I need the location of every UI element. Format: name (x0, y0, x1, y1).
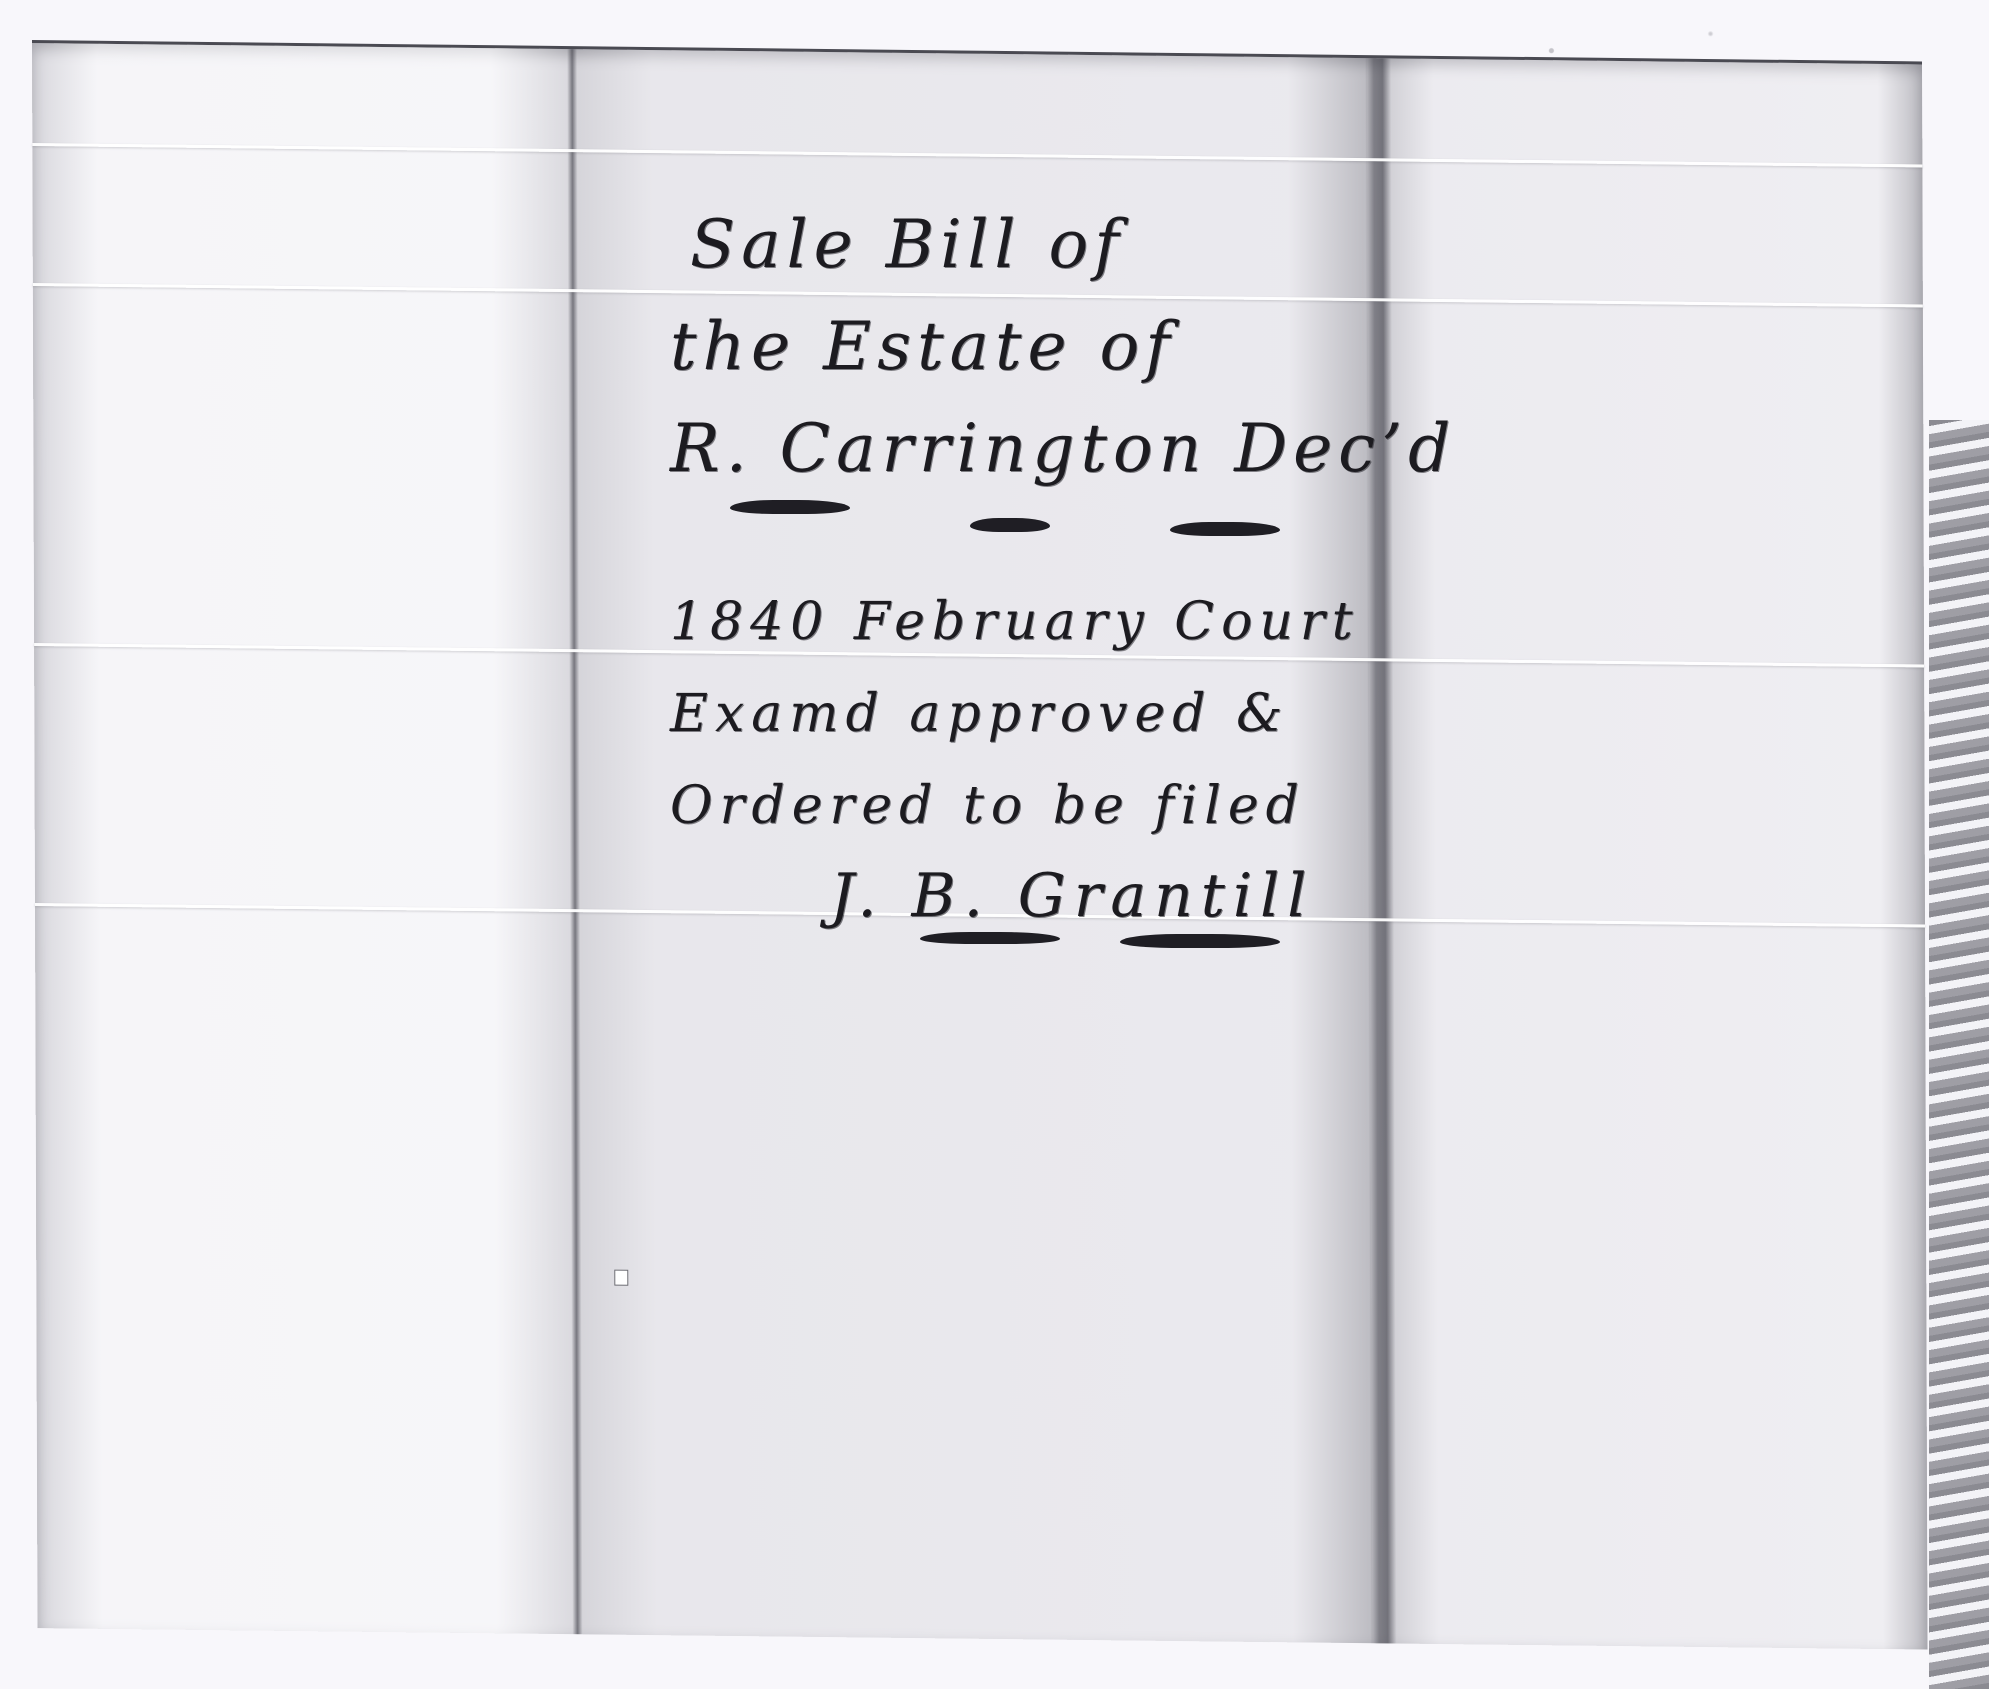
approval-line: Examd approved & (670, 688, 1350, 740)
ink-flourish-icon (1170, 522, 1280, 536)
filing-order-line: Ordered to be filed (670, 780, 1350, 832)
docket-title-line: the Estate of (670, 314, 1350, 380)
ink-flourish-icon (970, 518, 1050, 532)
signature-flourishes (670, 926, 1350, 966)
scanner-edge-noise (1929, 420, 1989, 1689)
clerk-signature: J. B. Grantill (830, 866, 1350, 926)
pinhole-mark (614, 1270, 628, 1286)
docket-title-line: Sale Bill of (690, 212, 1350, 278)
ink-flourish-icon (920, 932, 1060, 944)
right-fold-panel (1367, 58, 1928, 1649)
ink-flourish-icon (730, 500, 850, 514)
docket-endorsement: Sale Bill of the Estate of R. Carrington… (670, 212, 1350, 966)
docket-title-line: R. Carrington Dec’d (670, 416, 1350, 482)
vertical-fold-crease-right (1365, 58, 1397, 1643)
ink-flourish-icon (1120, 934, 1280, 948)
title-flourishes (670, 488, 1350, 548)
left-fold-panel (32, 43, 578, 1634)
court-session-line: 1840 February Court (670, 596, 1350, 648)
